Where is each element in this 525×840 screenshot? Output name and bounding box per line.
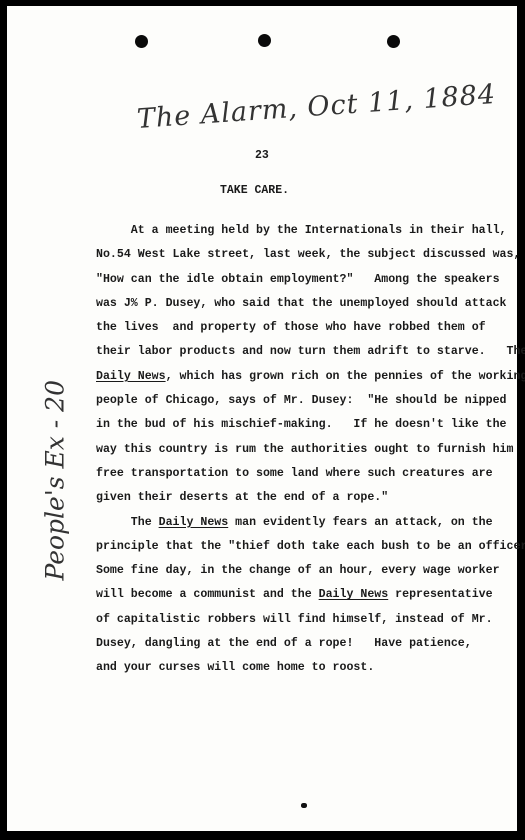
- body-line: in the bud of his mischief-making. If he…: [96, 413, 516, 437]
- body-line: of capitalistic robbers will find himsel…: [96, 608, 516, 632]
- body-line: The Daily News man evidently fears an at…: [96, 511, 516, 535]
- body-line: Dusey, dangling at the end of a rope! Ha…: [96, 632, 516, 656]
- newspaper-name: Daily News: [96, 370, 166, 383]
- body-line: given their deserts at the end of a rope…: [96, 486, 516, 510]
- body-line: will become a communist and the Daily Ne…: [96, 583, 516, 607]
- article-body: At a meeting held by the Internationals …: [96, 219, 516, 681]
- body-line: principle that the "thief doth take each…: [96, 535, 516, 559]
- body-line: No.54 West Lake street, last week, the s…: [96, 243, 516, 267]
- body-line: At a meeting held by the Internationals …: [96, 219, 516, 243]
- document-page: The Alarm, Oct 11, 1884 People's Ex - 20…: [7, 6, 517, 831]
- body-line: their labor products and now turn them a…: [96, 340, 516, 364]
- body-line: and your curses will come home to roost.: [96, 656, 516, 680]
- newspaper-name: Daily News: [159, 516, 229, 529]
- punch-hole: [135, 35, 148, 48]
- punch-hole: [387, 35, 400, 48]
- handwritten-exhibit-label: People's Ex - 20: [41, 441, 70, 581]
- body-line: Some fine day, in the change of an hour,…: [96, 559, 516, 583]
- article-heading: TAKE CARE.: [220, 184, 289, 197]
- newspaper-name: Daily News: [319, 588, 389, 601]
- page-number: 23: [255, 149, 269, 162]
- body-line: Daily News, which has grown rich on the …: [96, 365, 516, 389]
- body-line: the lives and property of those who have…: [96, 316, 516, 340]
- body-line: "How can the idle obtain employment?" Am…: [96, 268, 516, 292]
- ink-speck: [301, 803, 307, 808]
- body-line: free transportation to some land where s…: [96, 462, 516, 486]
- punch-hole: [258, 34, 271, 47]
- body-line: people of Chicago, says of Mr. Dusey: "H…: [96, 389, 516, 413]
- body-line: way this country is rum the authorities …: [96, 438, 516, 462]
- handwritten-source-title: The Alarm, Oct 11, 1884: [136, 79, 497, 135]
- body-line: was J% P. Dusey, who said that the unemp…: [96, 292, 516, 316]
